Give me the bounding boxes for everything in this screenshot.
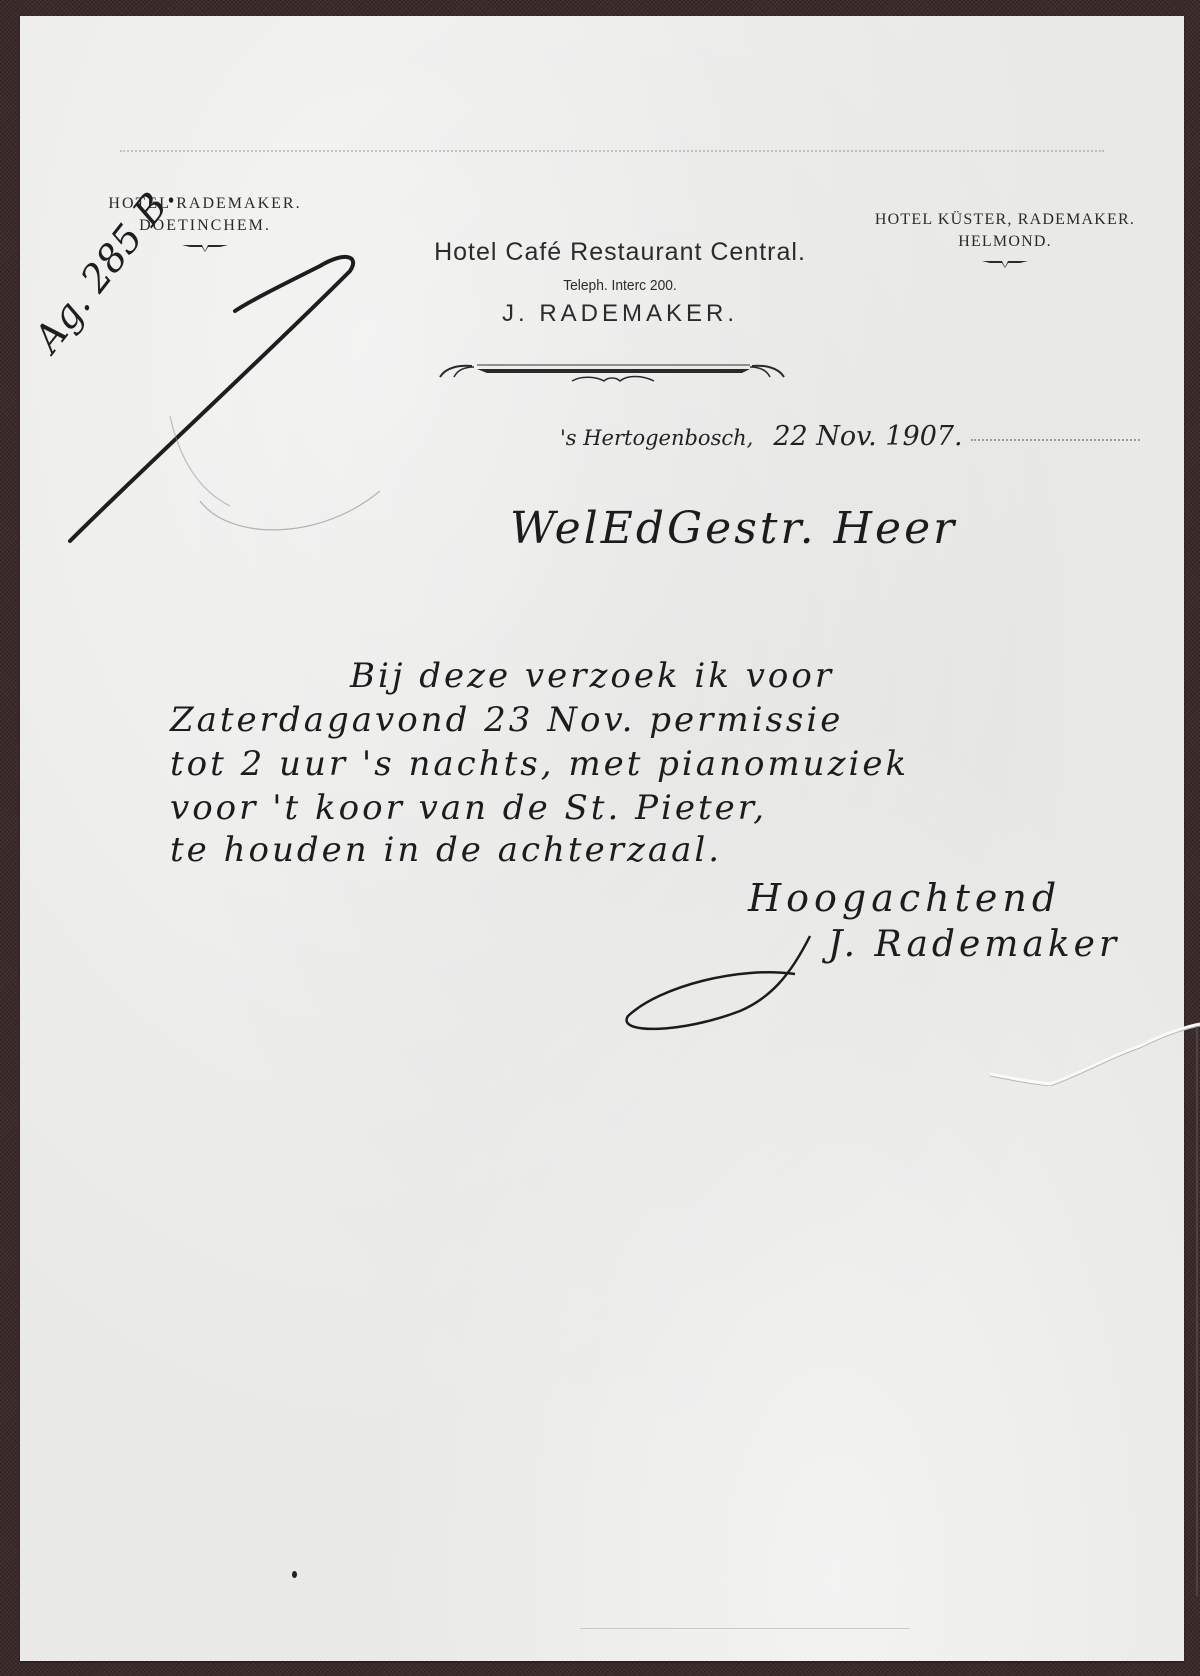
- ink-spot: [292, 1571, 297, 1578]
- right-margin-line: [1196, 1026, 1198, 1596]
- date: 22 Nov. 1907.: [773, 421, 962, 452]
- body-line: voor 't koor van de St. Pieter,: [170, 788, 767, 828]
- place: 's Hertogenbosch,: [560, 426, 753, 450]
- letterhead-right: HOTEL KÜSTER, RADEMAKER. HELMOND.: [840, 209, 1170, 269]
- letterhead-left-line2: DOETINCHEM.: [55, 215, 355, 237]
- letterhead-right-line1: HOTEL KÜSTER, RADEMAKER.: [840, 209, 1170, 231]
- date-dotted-line: [971, 439, 1140, 441]
- letterhead-left-line1: HOTEL RADEMAKER.: [55, 193, 355, 215]
- letter-sheet: HOTEL RADEMAKER. DOETINCHEM. Hotel Café …: [20, 16, 1184, 1661]
- faint-rule: [580, 1628, 910, 1629]
- body-line: Zaterdagavond 23 Nov. permissie: [170, 700, 843, 740]
- paper-tear-mark: [990, 1016, 1200, 1086]
- letterhead-center: Hotel Café Restaurant Central. Teleph. I…: [390, 238, 850, 328]
- body-line: te houden in de achterzaal.: [170, 830, 722, 870]
- ornament-icon: [980, 259, 1030, 269]
- letterhead-ornament-icon: [432, 359, 792, 385]
- letterhead-right-line2: HELMOND.: [840, 231, 1170, 253]
- body-line: Bij deze verzoek ik voor: [350, 656, 834, 696]
- perforation-dotted-line: [120, 150, 1104, 152]
- body-line: tot 2 uur 's nachts, met pianomuziek: [170, 744, 909, 784]
- signature-flourish-icon: [620, 916, 920, 1036]
- proprietor-name: J. RADEMAKER.: [390, 300, 850, 328]
- salutation: WelEdGestr. Heer: [510, 503, 957, 554]
- place-date-line: 's Hertogenbosch, 22 Nov. 1907.: [560, 421, 1140, 452]
- hotel-name: Hotel Café Restaurant Central.: [390, 238, 850, 267]
- closing: Hoogachtend: [748, 876, 1061, 920]
- telephone-number: Teleph. Interc 200.: [408, 277, 831, 294]
